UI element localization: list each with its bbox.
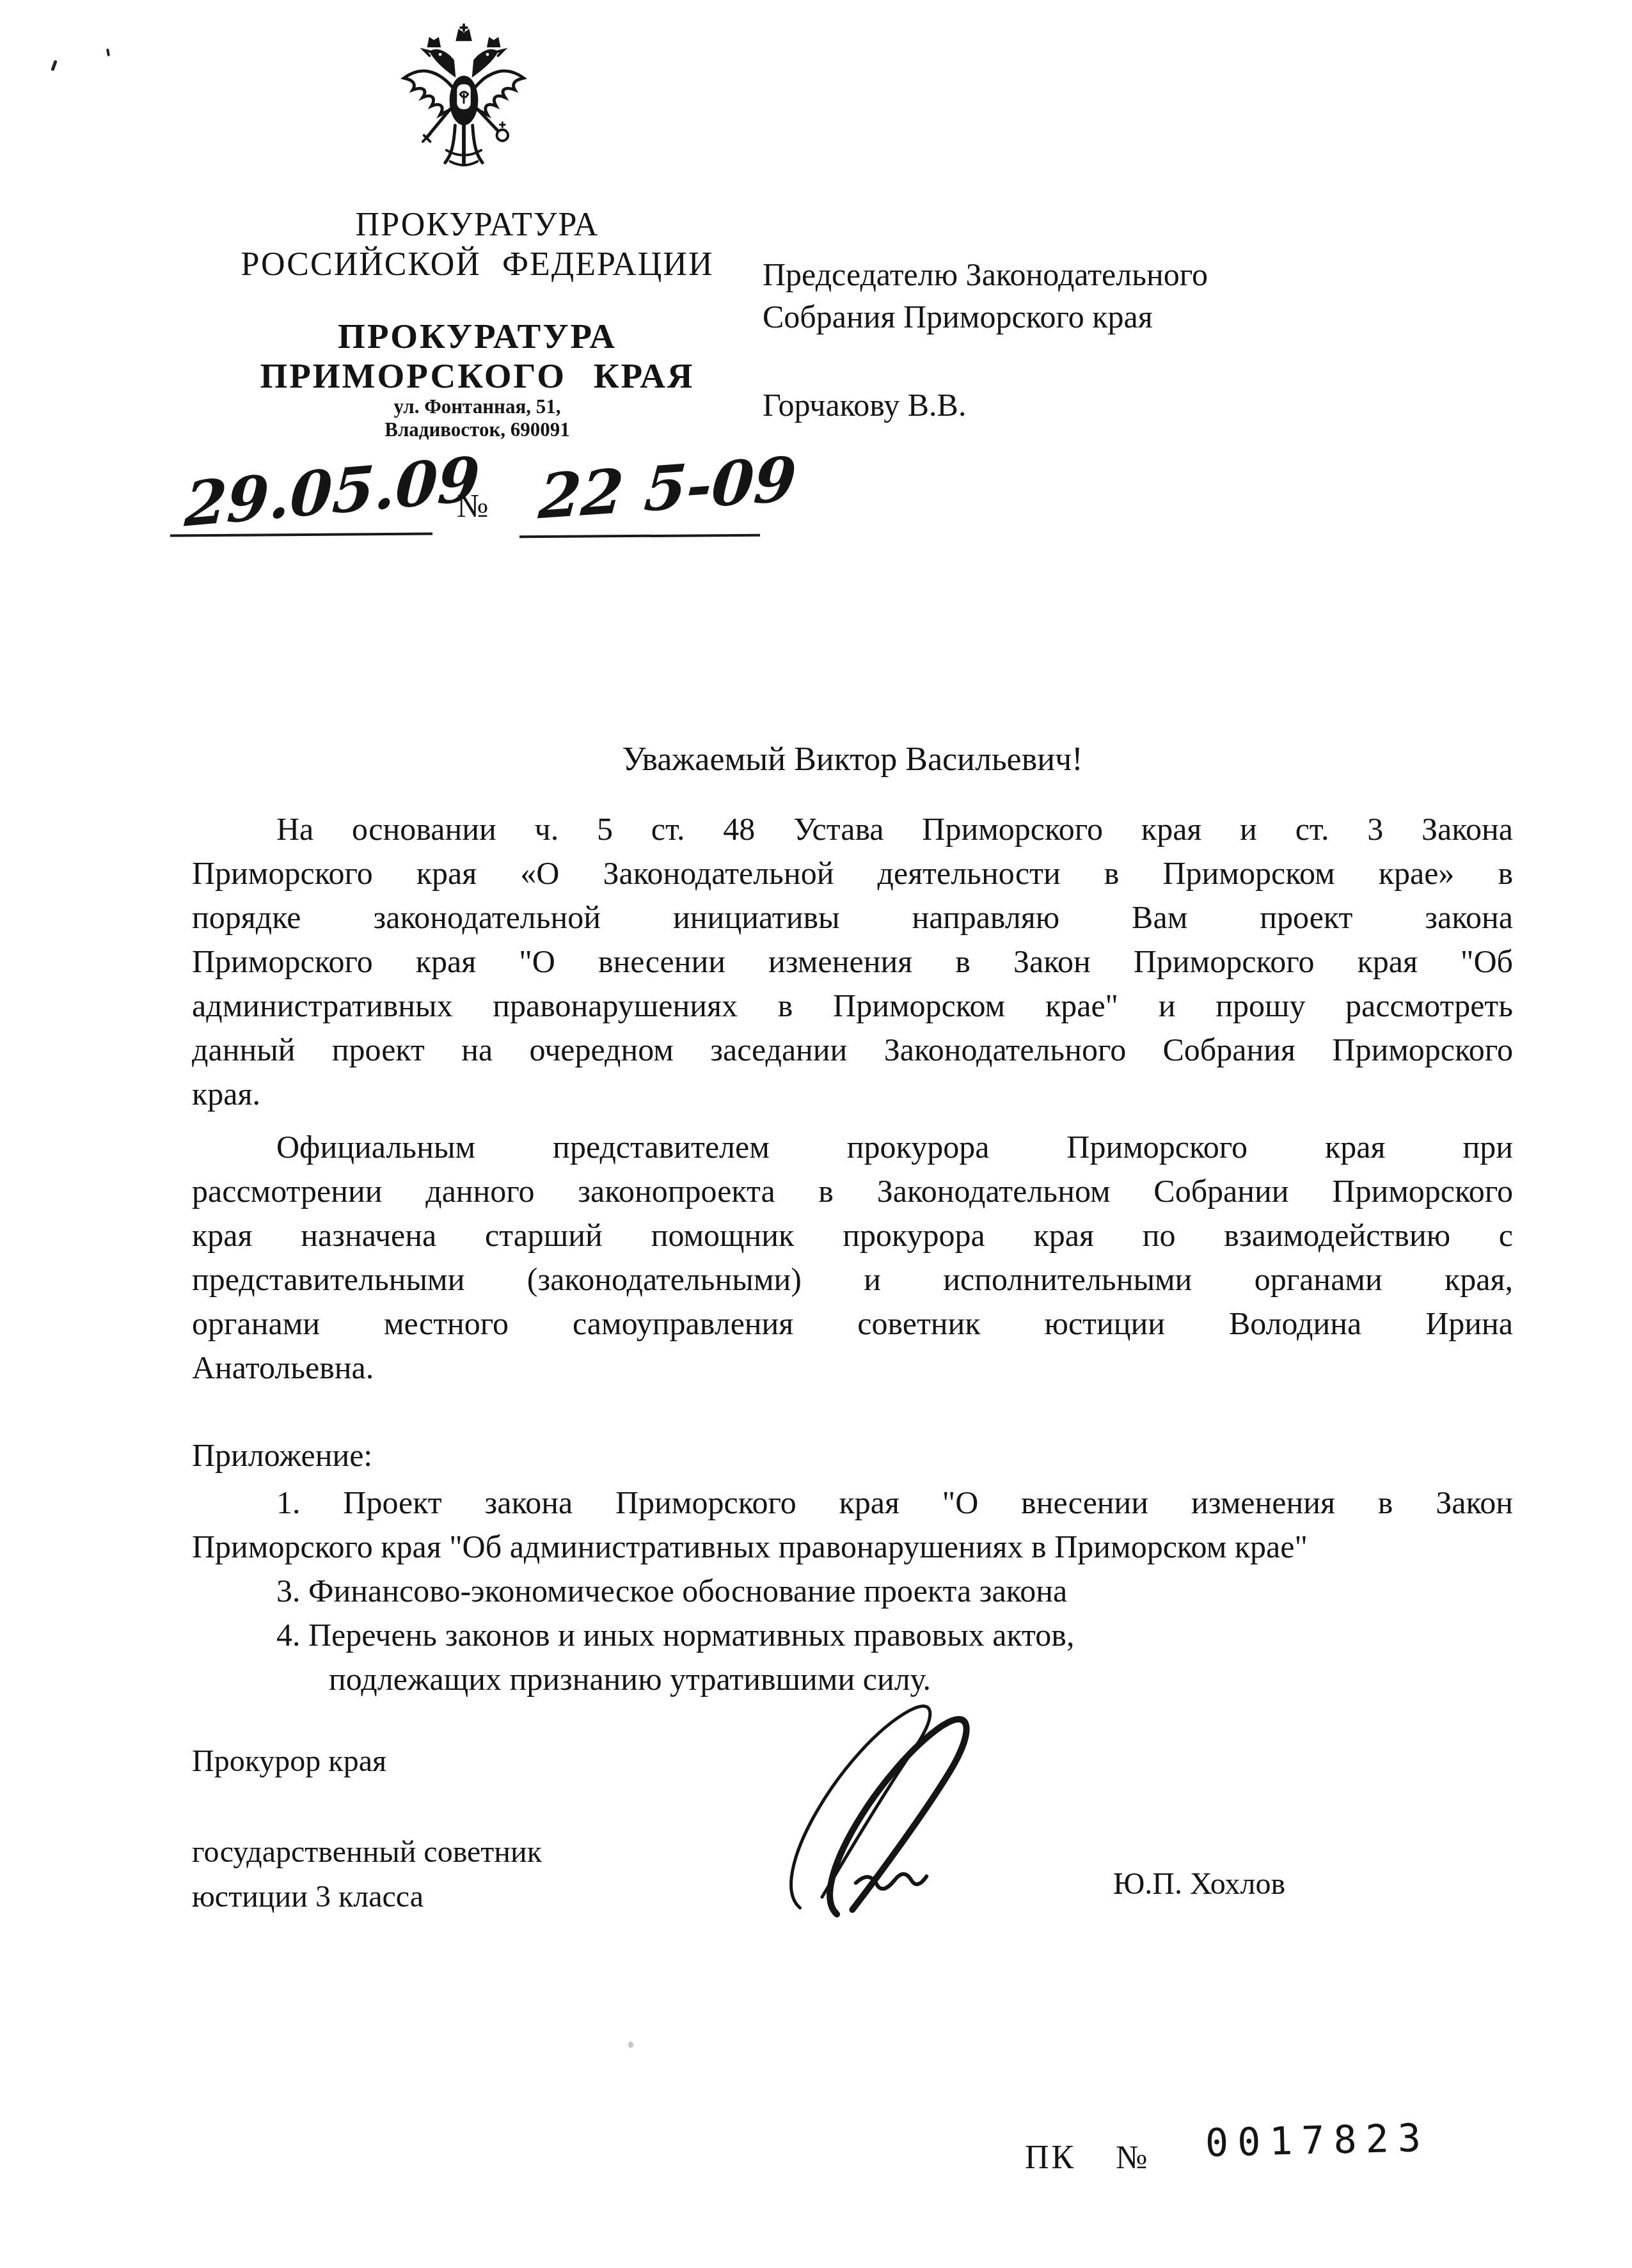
- attachment-item-1: 1. Проект закона Приморского края "О вне…: [192, 1481, 1513, 1569]
- signer-title: Прокурор края: [192, 1744, 386, 1779]
- letterhead-suborg-line1: ПРОКУРАТУРА: [189, 316, 765, 356]
- number-sign: №: [457, 487, 489, 525]
- text-line: 3. Финансово-экономическое обоснование п…: [192, 1569, 1513, 1613]
- letterhead-org-line1: ПРОКУРАТУРА: [189, 206, 765, 244]
- text-line: На основании ч. 5 ст. 48 Устава Приморск…: [192, 807, 1513, 851]
- text-line: данный проект на очередном заседании Зак…: [192, 1028, 1513, 1072]
- recipient-line2: Собрания Приморского края: [763, 298, 1402, 335]
- attachment-label: Приложение:: [192, 1437, 1513, 1474]
- text-line: рассмотрении данного законопроекта в Зак…: [192, 1169, 1513, 1213]
- letterhead-suborg-line2: ПРИМОРСКОГО КРАЯ: [189, 356, 765, 396]
- letterhead-org-line2: РОССИЙСКОЙ ФЕДЕРАЦИИ: [189, 246, 765, 283]
- signer-rank-line1: государственный советник: [192, 1834, 542, 1870]
- signer-name: Ю.П. Хохлов: [1113, 1866, 1285, 1902]
- text-line: Приморского края "Об административных пр…: [192, 1525, 1513, 1569]
- text-line: органами местного самоуправления советни…: [192, 1302, 1513, 1346]
- salutation: Уважаемый Виктор Васильевич!: [192, 741, 1513, 778]
- form-number-value: 0017823: [1205, 2116, 1430, 2166]
- text-line: Официальным представителем прокурора При…: [192, 1125, 1513, 1169]
- text-line: края назначена старший помощник прокурор…: [192, 1213, 1513, 1257]
- number-underline: [519, 534, 760, 539]
- text-line: 1. Проект закона Приморского края "О вне…: [192, 1481, 1513, 1525]
- letterhead-address-line2: Владивосток, 690091: [189, 418, 765, 441]
- form-number-sign: №: [1116, 2139, 1148, 2177]
- body-paragraph-1: На основании ч. 5 ст. 48 Устава Приморск…: [192, 807, 1513, 1116]
- handwritten-date: 29.05.09: [183, 443, 482, 540]
- body-paragraph-2: Официальным представителем прокурора При…: [192, 1125, 1513, 1390]
- text-line: административных правонарушениях в Примо…: [192, 984, 1513, 1028]
- text-line: Приморского края "О внесении изменения в…: [192, 940, 1513, 984]
- attachment-item-3: 3. Финансово-экономическое обоснование п…: [192, 1569, 1513, 1613]
- ink-speck: [51, 60, 58, 72]
- form-number-prefix: ПК: [1025, 2139, 1076, 2177]
- scan-artifact-dot: [628, 2042, 633, 2048]
- text-line: края.: [192, 1072, 1513, 1116]
- text-line: порядке законодательной инициативы напра…: [192, 895, 1513, 940]
- signer-rank-line2: юстиции 3 класса: [192, 1879, 424, 1914]
- recipient-line1: Председателю Законодательного: [763, 256, 1402, 293]
- ink-speck: [106, 49, 110, 57]
- text-line: представительными (законодательными) и и…: [192, 1257, 1513, 1302]
- letterhead-address-line1: ул. Фонтанная, 51,: [189, 395, 765, 418]
- recipient-name: Горчакову В.В.: [763, 386, 1402, 423]
- scanned-letter-page: ПРОКУРАТУРА РОССИЙСКОЙ ФЕДЕРАЦИИ ПРОКУРА…: [0, 0, 1632, 2268]
- signature-scrawl-icon: [757, 1681, 1034, 1933]
- handwritten-number: 22 5-09: [537, 444, 799, 533]
- text-line: Приморского края «О Законодательной деят…: [192, 851, 1513, 895]
- coat-of-arms-icon: [395, 18, 532, 185]
- text-line: 4. Перечень законов и иных нормативных п…: [192, 1613, 1513, 1657]
- text-line: Анатольевна.: [192, 1346, 1513, 1390]
